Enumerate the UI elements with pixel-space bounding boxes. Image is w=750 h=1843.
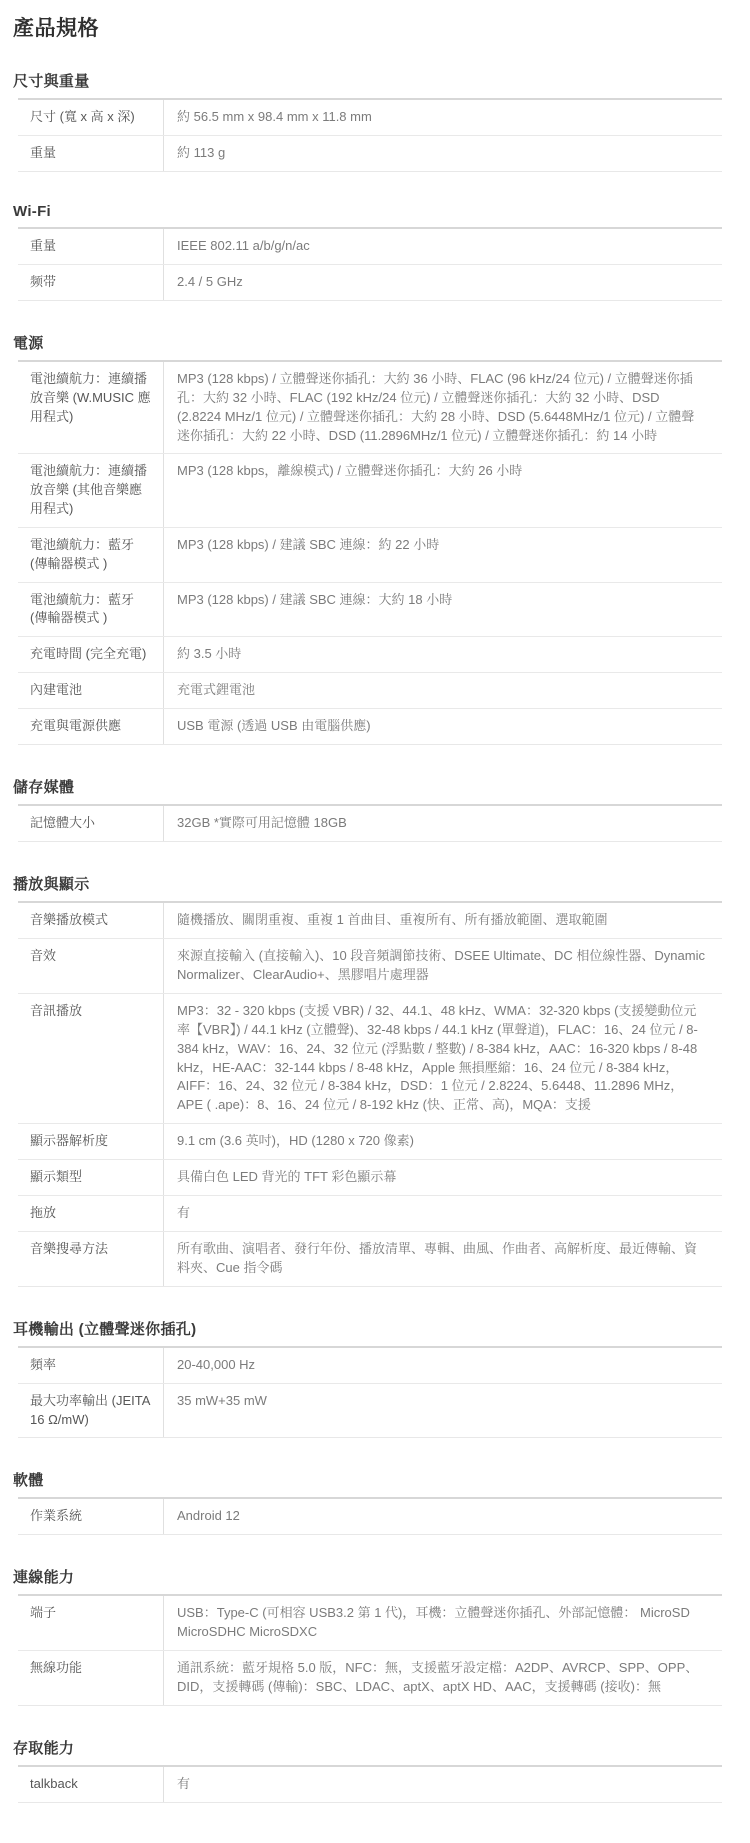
row-label: talkback: [18, 1767, 163, 1802]
table-row: 音樂播放模式隨機播放、關閉重複、重複 1 首曲目、重複所有、所有播放範圍、選取範…: [18, 903, 722, 938]
spec-section: 尺寸與重量尺寸 (寬 x 高 x 深)約 56.5 mm x 98.4 mm x…: [13, 70, 722, 172]
row-value: Android 12: [163, 1499, 722, 1534]
table-row: 音效來源直接輸入 (直接輸入)、10 段音頻調節技術、DSEE Ultimate…: [18, 938, 722, 993]
row-value: 約 113 g: [163, 136, 722, 171]
product-spec-page: 產品規格 尺寸與重量尺寸 (寬 x 高 x 深)約 56.5 mm x 98.4…: [0, 0, 750, 1843]
spec-section: 軟體作業系統Android 12: [13, 1469, 722, 1535]
spec-table: 端子USB：Type-C (可相容 USB3.2 第 1 代)，耳機：立體聲迷你…: [18, 1594, 722, 1705]
row-value: 來源直接輸入 (直接輸入)、10 段音頻調節技術、DSEE Ultimate、D…: [163, 939, 722, 993]
row-label: 內建電池: [18, 673, 163, 708]
row-label: 充電時間 (完全充電): [18, 637, 163, 672]
section-title: 存取能力: [13, 1737, 722, 1758]
row-value: 通訊系統：藍牙規格 5.0 版，NFC：無，支援藍牙設定檔：A2DP、AVRCP…: [163, 1651, 722, 1705]
row-value: MP3 (128 kbps) / 建議 SBC 連線：約 22 小時: [163, 528, 722, 582]
section-title: 耳機輸出 (立體聲迷你插孔): [13, 1318, 722, 1339]
row-value: 有: [163, 1196, 722, 1231]
row-value: MP3 (128 kbps) / 立體聲迷你插孔：大約 36 小時、FLAC (…: [163, 362, 722, 453]
table-row: 電池續航力：連續播放音樂 (W.MUSIC 應用程式)MP3 (128 kbps…: [18, 362, 722, 453]
spec-section: Wi-Fi重量IEEE 802.11 a/b/g/n/ac频带2.4 / 5 G…: [13, 203, 722, 301]
section-title: 軟體: [13, 1469, 722, 1490]
table-row: 充電時間 (完全充電)約 3.5 小時: [18, 636, 722, 672]
row-label: 端子: [18, 1596, 163, 1650]
spec-section: 播放與顯示音樂播放模式隨機播放、關閉重複、重複 1 首曲目、重複所有、所有播放範…: [13, 873, 722, 1286]
spec-table: 記憶體大小32GB *實際可用記憶體 18GB: [18, 804, 722, 842]
row-value: 9.1 cm (3.6 英吋)，HD (1280 x 720 像素): [163, 1124, 722, 1159]
row-label: 音效: [18, 939, 163, 993]
row-value: 約 3.5 小時: [163, 637, 722, 672]
row-label: 充電與電源供應: [18, 709, 163, 744]
row-label: 频带: [18, 265, 163, 300]
row-label: 拖放: [18, 1196, 163, 1231]
row-label: 記憶體大小: [18, 806, 163, 841]
table-row: 最大功率輸出 (JEITA 16 Ω/mW)35 mW+35 mW: [18, 1383, 722, 1438]
spec-section: 耳機輸出 (立體聲迷你插孔)頻率20-40,000 Hz最大功率輸出 (JEIT…: [13, 1318, 722, 1439]
row-value: 32GB *實際可用記憶體 18GB: [163, 806, 722, 841]
table-row: 作業系統Android 12: [18, 1499, 722, 1534]
table-row: talkback有: [18, 1767, 722, 1802]
row-label: 頻率: [18, 1348, 163, 1383]
spec-section: 電源電池續航力：連續播放音樂 (W.MUSIC 應用程式)MP3 (128 kb…: [13, 332, 722, 745]
row-value: MP3：32 - 320 kbps (支援 VBR) / 32、44.1、48 …: [163, 994, 722, 1123]
row-label: 作業系統: [18, 1499, 163, 1534]
table-row: 重量IEEE 802.11 a/b/g/n/ac: [18, 229, 722, 264]
row-label: 音樂播放模式: [18, 903, 163, 938]
table-row: 尺寸 (寬 x 高 x 深)約 56.5 mm x 98.4 mm x 11.8…: [18, 100, 722, 135]
row-label: 音訊播放: [18, 994, 163, 1123]
section-title: 儲存媒體: [13, 776, 722, 797]
spec-section: 連線能力端子USB：Type-C (可相容 USB3.2 第 1 代)，耳機：立…: [13, 1566, 722, 1705]
row-label: 電池續航力：藍牙 (傳輸器模式 ): [18, 583, 163, 637]
row-value: 所有歌曲、演唱者、發行年份、播放清單、專輯、曲風、作曲者、高解析度、最近傳輸、資…: [163, 1232, 722, 1286]
table-row: 頻率20-40,000 Hz: [18, 1348, 722, 1383]
row-label: 尺寸 (寬 x 高 x 深): [18, 100, 163, 135]
row-value: 2.4 / 5 GHz: [163, 265, 722, 300]
row-value: 隨機播放、關閉重複、重複 1 首曲目、重複所有、所有播放範圍、選取範圍: [163, 903, 722, 938]
row-label: 無線功能: [18, 1651, 163, 1705]
row-label: 電池續航力：連續播放音樂 (W.MUSIC 應用程式): [18, 362, 163, 453]
row-value: 具備白色 LED 背光的 TFT 彩色顯示幕: [163, 1160, 722, 1195]
table-row: 音訊播放MP3：32 - 320 kbps (支援 VBR) / 32、44.1…: [18, 993, 722, 1123]
section-title: 尺寸與重量: [13, 70, 722, 91]
row-label: 音樂搜尋方法: [18, 1232, 163, 1286]
section-title: 連線能力: [13, 1566, 722, 1587]
spec-table: 頻率20-40,000 Hz最大功率輸出 (JEITA 16 Ω/mW)35 m…: [18, 1346, 722, 1439]
spec-section: 存取能力talkback有: [13, 1737, 722, 1803]
table-row: 電池續航力：藍牙 (傳輸器模式 )MP3 (128 kbps) / 建議 SBC…: [18, 527, 722, 582]
row-value: 有: [163, 1767, 722, 1802]
section-title: 播放與顯示: [13, 873, 722, 894]
table-row: 電池續航力：連續播放音樂 (其他音樂應用程式)MP3 (128 kbps，離線模…: [18, 453, 722, 527]
table-row: 電池續航力：藍牙 (傳輸器模式 )MP3 (128 kbps) / 建議 SBC…: [18, 582, 722, 637]
table-row: 無線功能通訊系統：藍牙規格 5.0 版，NFC：無，支援藍牙設定檔：A2DP、A…: [18, 1650, 722, 1705]
table-row: 端子USB：Type-C (可相容 USB3.2 第 1 代)，耳機：立體聲迷你…: [18, 1596, 722, 1650]
page-title: 產品規格: [13, 12, 722, 42]
spec-table: 作業系統Android 12: [18, 1497, 722, 1535]
spec-sections: 尺寸與重量尺寸 (寬 x 高 x 深)約 56.5 mm x 98.4 mm x…: [13, 70, 722, 1803]
row-value: USB：Type-C (可相容 USB3.2 第 1 代)，耳機：立體聲迷你插孔…: [163, 1596, 722, 1650]
spec-table: 尺寸 (寬 x 高 x 深)約 56.5 mm x 98.4 mm x 11.8…: [18, 98, 722, 172]
row-value: 充電式鋰電池: [163, 673, 722, 708]
row-value: 20-40,000 Hz: [163, 1348, 722, 1383]
row-value: MP3 (128 kbps，離線模式) / 立體聲迷你插孔：大約 26 小時: [163, 454, 722, 527]
table-row: 重量約 113 g: [18, 135, 722, 171]
table-row: 拖放有: [18, 1195, 722, 1231]
row-label: 重量: [18, 136, 163, 171]
row-value: USB 電源 (透過 USB 由電腦供應): [163, 709, 722, 744]
table-row: 記憶體大小32GB *實際可用記憶體 18GB: [18, 806, 722, 841]
row-value: 35 mW+35 mW: [163, 1384, 722, 1438]
table-row: 內建電池充電式鋰電池: [18, 672, 722, 708]
row-label: 重量: [18, 229, 163, 264]
table-row: 充電與電源供應USB 電源 (透過 USB 由電腦供應): [18, 708, 722, 744]
row-label: 電池續航力：連續播放音樂 (其他音樂應用程式): [18, 454, 163, 527]
row-label: 顯示類型: [18, 1160, 163, 1195]
row-label: 電池續航力：藍牙 (傳輸器模式 ): [18, 528, 163, 582]
table-row: 音樂搜尋方法所有歌曲、演唱者、發行年份、播放清單、專輯、曲風、作曲者、高解析度、…: [18, 1231, 722, 1286]
section-title: 電源: [13, 332, 722, 353]
spec-section: 儲存媒體記憶體大小32GB *實際可用記憶體 18GB: [13, 776, 722, 842]
spec-table: 重量IEEE 802.11 a/b/g/n/ac频带2.4 / 5 GHz: [18, 227, 722, 301]
spec-table: 音樂播放模式隨機播放、關閉重複、重複 1 首曲目、重複所有、所有播放範圍、選取範…: [18, 901, 722, 1286]
row-label: 顯示器解析度: [18, 1124, 163, 1159]
table-row: 顯示器解析度9.1 cm (3.6 英吋)，HD (1280 x 720 像素): [18, 1123, 722, 1159]
spec-table: talkback有: [18, 1765, 722, 1803]
row-value: IEEE 802.11 a/b/g/n/ac: [163, 229, 722, 264]
row-value: 約 56.5 mm x 98.4 mm x 11.8 mm: [163, 100, 722, 135]
section-title: Wi-Fi: [13, 203, 722, 220]
row-value: MP3 (128 kbps) / 建議 SBC 連線：大約 18 小時: [163, 583, 722, 637]
table-row: 顯示類型具備白色 LED 背光的 TFT 彩色顯示幕: [18, 1159, 722, 1195]
spec-table: 電池續航力：連續播放音樂 (W.MUSIC 應用程式)MP3 (128 kbps…: [18, 360, 722, 745]
row-label: 最大功率輸出 (JEITA 16 Ω/mW): [18, 1384, 163, 1438]
table-row: 频带2.4 / 5 GHz: [18, 264, 722, 300]
